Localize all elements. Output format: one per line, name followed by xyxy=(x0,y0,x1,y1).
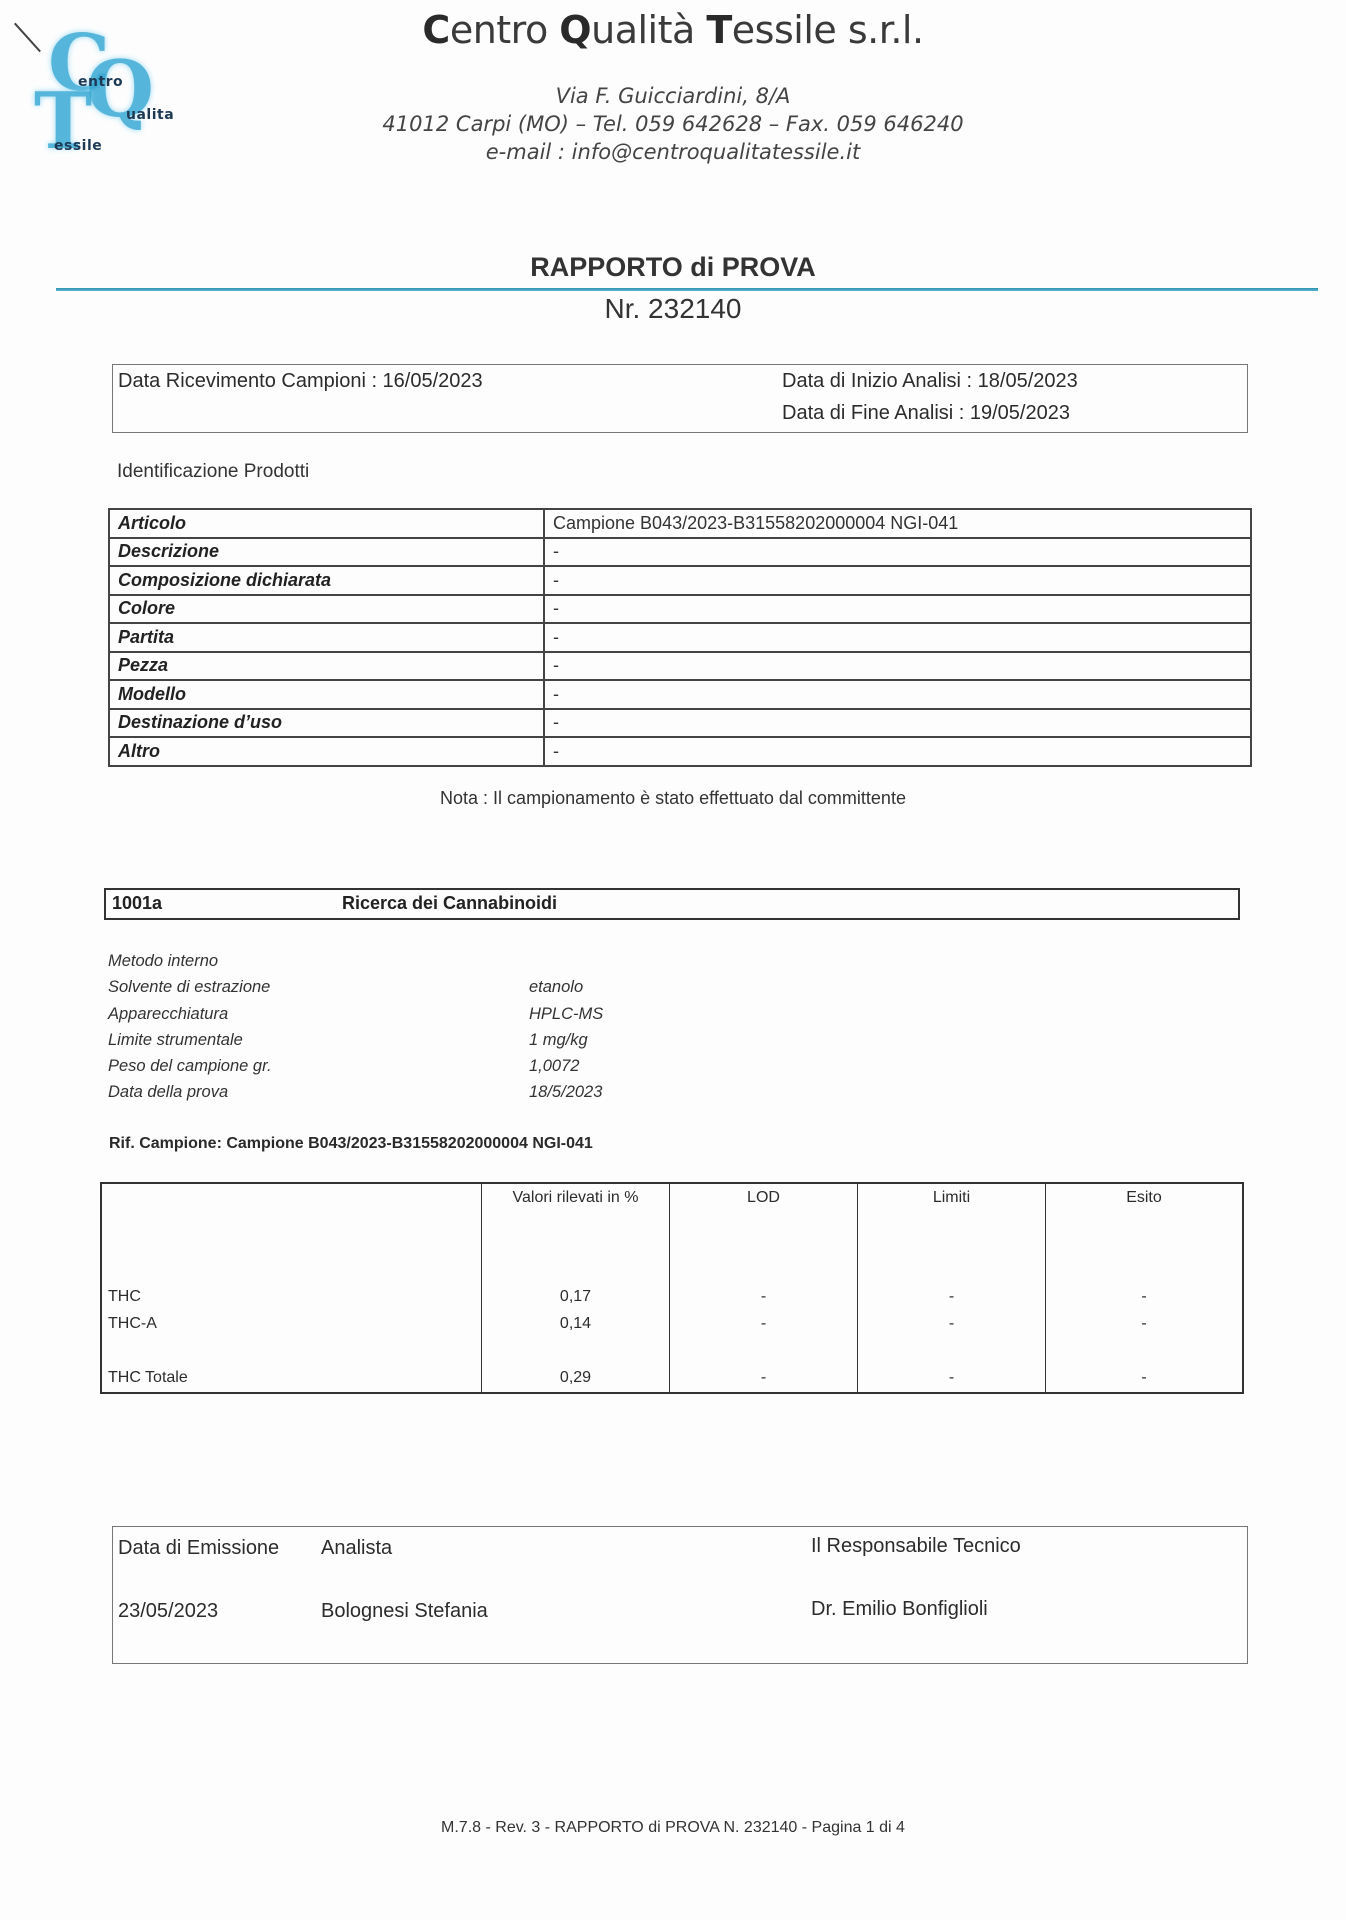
tech-manager-name: Dr. Emilio Bonfiglioli xyxy=(811,1598,988,1621)
dates-box: Data Ricevimento Campioni : 16/05/2023 D… xyxy=(112,364,1248,433)
analyst-name: Bolognesi Stefania xyxy=(321,1600,488,1623)
analyte-name: THC-A xyxy=(101,1311,482,1338)
parameter-key: Metodo interno xyxy=(108,952,218,971)
title-divider xyxy=(56,288,1318,291)
results-header-limits: Limiti xyxy=(858,1183,1046,1217)
test-name: Ricerca dei Cannabinoidi xyxy=(342,893,557,914)
date-analysis-end: Data di Fine Analisi : 19/05/2023 xyxy=(782,402,1070,425)
parameter-value: 1,0072 xyxy=(529,1057,579,1076)
sampling-note: Nota : Il campionamento è stato effettua… xyxy=(0,788,1346,809)
report-number: Nr. 232140 xyxy=(0,293,1346,325)
identification-key: Descrizione xyxy=(109,538,544,567)
date-received: Data Ricevimento Campioni : 16/05/2023 xyxy=(118,370,483,393)
analyst-label: Analista xyxy=(321,1537,392,1560)
sample-reference: Rif. Campione: Campione B043/2023-B31558… xyxy=(109,1135,593,1153)
address-street: Via F. Guicciardini, 8/A xyxy=(0,84,1346,108)
analyte-outcome: - xyxy=(1046,1365,1244,1393)
parameter-value: HPLC-MS xyxy=(529,1005,603,1024)
results-header-outcome: Esito xyxy=(1046,1183,1244,1217)
analyte-outcome: - xyxy=(1046,1284,1244,1311)
signature-box: Data di Emissione Analista Il Responsabi… xyxy=(112,1526,1248,1664)
identification-key: Pezza xyxy=(109,652,544,681)
identification-key: Modello xyxy=(109,680,544,709)
identification-value: - xyxy=(544,652,1251,681)
results-header-row: Valori rilevati in % LOD Limiti Esito xyxy=(101,1183,1243,1217)
identification-value: - xyxy=(544,538,1251,567)
identification-key: Partita xyxy=(109,623,544,652)
analyte-lod: - xyxy=(670,1365,858,1393)
analyte-limits: - xyxy=(858,1284,1046,1311)
identification-value: - xyxy=(544,566,1251,595)
tech-manager-label: Il Responsabile Tecnico xyxy=(811,1535,1021,1558)
results-header-lod: LOD xyxy=(670,1183,858,1217)
identification-value: - xyxy=(544,737,1251,766)
identification-key: Articolo xyxy=(109,509,544,538)
identification-key: Composizione dichiarata xyxy=(109,566,544,595)
issue-date-value: 23/05/2023 xyxy=(118,1600,218,1623)
date-analysis-start: Data di Inizio Analisi : 18/05/2023 xyxy=(782,370,1078,393)
identification-row: Partita- xyxy=(109,623,1251,652)
results-header-name xyxy=(101,1183,482,1217)
analyte-value: 0,14 xyxy=(482,1311,670,1338)
result-row: THC-A0,14--- xyxy=(101,1311,1243,1338)
identification-label: Identificazione Prodotti xyxy=(117,461,309,483)
product-identification-table: ArticoloCampione B043/2023-B315582020000… xyxy=(108,508,1252,767)
company-part-1: entro xyxy=(450,8,559,52)
identification-row: Descrizione- xyxy=(109,538,1251,567)
parameter-key: Data della prova xyxy=(108,1083,228,1102)
identification-row: Destinazione d’uso- xyxy=(109,709,1251,738)
report-title: RAPPORTO di PROVA xyxy=(0,252,1346,283)
identification-row: Modello- xyxy=(109,680,1251,709)
identification-value: - xyxy=(544,595,1251,624)
company-initial-q: Q xyxy=(559,8,591,52)
parameter-value: 18/5/2023 xyxy=(529,1083,602,1102)
identification-row: Pezza- xyxy=(109,652,1251,681)
analyte-value: 0,17 xyxy=(482,1284,670,1311)
parameter-value: 1 mg/kg xyxy=(529,1031,588,1050)
analyte-value: 0,29 xyxy=(482,1365,670,1393)
results-spacer-row xyxy=(101,1217,1243,1284)
identification-key: Destinazione d’uso xyxy=(109,709,544,738)
result-row: THC0,17--- xyxy=(101,1284,1243,1311)
parameter-key: Apparecchiatura xyxy=(108,1005,228,1024)
analyte-name: THC Totale xyxy=(101,1365,482,1393)
test-code: 1001a xyxy=(112,893,162,914)
page-footer: M.7.8 - Rev. 3 - RAPPORTO di PROVA N. 23… xyxy=(0,1819,1346,1837)
address-email: e-mail : info@centroqualitatessile.it xyxy=(0,140,1346,164)
analyte-limits: - xyxy=(858,1365,1046,1393)
analyte-outcome: - xyxy=(1046,1311,1244,1338)
analyte-lod: - xyxy=(670,1311,858,1338)
company-initial-t: T xyxy=(706,8,731,52)
parameter-key: Peso del campione gr. xyxy=(108,1057,272,1076)
test-header: 1001a Ricerca dei Cannabinoidi xyxy=(104,888,1240,920)
address-city-phone: 41012 Carpi (MO) – Tel. 059 642628 – Fax… xyxy=(0,112,1346,136)
company-part-2: ualità xyxy=(591,8,706,52)
identification-value: - xyxy=(544,623,1251,652)
issue-date-label: Data di Emissione xyxy=(118,1537,279,1560)
result-row: THC Totale0,29--- xyxy=(101,1365,1243,1393)
identification-row: Colore- xyxy=(109,595,1251,624)
identification-value: Campione B043/2023-B31558202000004 NGI-0… xyxy=(544,509,1251,538)
company-part-3: essile s.r.l. xyxy=(732,8,924,52)
results-header-value: Valori rilevati in % xyxy=(482,1183,670,1217)
parameter-key: Solvente di estrazione xyxy=(108,978,270,997)
parameter-key: Limite strumentale xyxy=(108,1031,243,1050)
parameter-value: etanolo xyxy=(529,978,583,997)
results-gap-row xyxy=(101,1338,1243,1365)
identification-row: Altro- xyxy=(109,737,1251,766)
analyte-name: THC xyxy=(101,1284,482,1311)
company-initial-c: C xyxy=(422,8,449,52)
identification-row: Composizione dichiarata- xyxy=(109,566,1251,595)
identification-value: - xyxy=(544,709,1251,738)
identification-value: - xyxy=(544,680,1251,709)
results-table: Valori rilevati in % LOD Limiti Esito TH… xyxy=(100,1182,1244,1394)
company-name: Centro Qualità Tessile s.r.l. xyxy=(0,8,1346,52)
identification-key: Colore xyxy=(109,595,544,624)
analyte-lod: - xyxy=(670,1284,858,1311)
analyte-limits: - xyxy=(858,1311,1046,1338)
identification-key: Altro xyxy=(109,737,544,766)
identification-row: ArticoloCampione B043/2023-B315582020000… xyxy=(109,509,1251,538)
